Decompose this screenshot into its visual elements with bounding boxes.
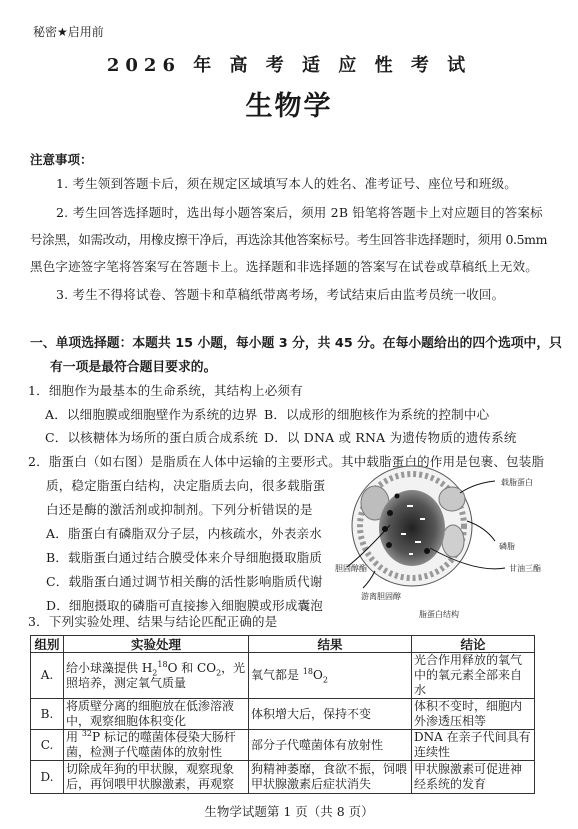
figure-caption: 脂蛋白结构 bbox=[419, 609, 459, 619]
row-result: 部分子代噬菌体有放射性 bbox=[249, 730, 412, 761]
exam-title: 2026 年 高 考 适 应 性 考 试 bbox=[0, 51, 578, 77]
q2-option-c: C．载脂蛋白通过调节相关酶的活性影响脂质代谢 bbox=[46, 572, 322, 590]
lipoprotein-diagram: 载脂蛋白 磷脂 甘油三酯 胆固醇酯 游离胆固醇 脂蛋白结构 bbox=[335, 463, 575, 623]
header-result: 结果 bbox=[249, 636, 412, 653]
notice-item-1: 1. 考生领到答题卡后，须在规定区域填写本人的姓名、准考证号、座位号和班级。 bbox=[56, 174, 517, 192]
notice-item-3: 3. 考生不得将试卷、答题卡和草稿纸带离考场，考试结束后由监考员统一收回。 bbox=[56, 285, 504, 303]
row-group: C. bbox=[31, 730, 64, 761]
label-free-cholesterol: 游离胆固醇 bbox=[361, 591, 401, 601]
page-footer: 生物学试题第 1 页（共 8 页） bbox=[0, 802, 578, 820]
row-treatment: 给小球藻提供 H218O 和 CO2，光照培养，测定氧气质量 bbox=[64, 653, 249, 699]
table-row: B. 将质壁分离的细胞放在低渗溶液中，观察细胞体积变化 体积增大后，保持不变 体… bbox=[31, 699, 535, 730]
confidential-label: 秘密★启用前 bbox=[33, 23, 104, 40]
row-result: 氧气都是 18O2 bbox=[249, 653, 412, 699]
q2-option-b: B．载脂蛋白通过结合膜受体来介导细胞摄取脂质 bbox=[46, 548, 322, 566]
header-group: 组别 bbox=[31, 636, 64, 653]
notice-item-2-cont2: 黑色字迹签字笔将答案写在答题卡上。选择题和非选择题的答案写在试卷或草稿纸上无效。 bbox=[30, 257, 538, 275]
header-treatment: 实验处理 bbox=[64, 636, 249, 653]
row-conclusion: 体积不变时，细胞内外渗透压相等 bbox=[412, 699, 535, 730]
question-2-stem-cont2: 白还是酶的激活剂或抑制剂。下列分析错误的是 bbox=[46, 500, 313, 518]
notice-item-2-cont: 号涂黑，如需改动，用橡皮擦干净后，再选涂其他答案标号。考生回答非选择题时，须用 … bbox=[30, 230, 547, 248]
section-heading-cont: 有一项是最符合题目要求的。 bbox=[50, 356, 216, 375]
label-triglyceride: 甘油三酯 bbox=[509, 563, 541, 573]
notice-heading: 注意事项： bbox=[30, 150, 93, 168]
row-conclusion: 光合作用释放的氧气中的氧元素全部来自水 bbox=[412, 653, 535, 699]
header-conclusion: 结论 bbox=[412, 636, 535, 653]
label-cholesteryl-ester: 胆固醇酯 bbox=[335, 563, 367, 573]
question-2-stem-cont: 质，稳定脂蛋白结构，决定脂质去向，很多载脂蛋 bbox=[46, 476, 325, 494]
q1-option-b: B．以成形的细胞核作为系统的控制中心 bbox=[264, 405, 489, 423]
table-header-row: 组别 实验处理 结果 结论 bbox=[31, 636, 535, 653]
q1-option-c: C．以核糖体为场所的蛋白质合成系统 bbox=[45, 428, 258, 446]
row-result: 体积增大后，保持不变 bbox=[249, 699, 412, 730]
table-row: A. 给小球藻提供 H218O 和 CO2，光照培养，测定氧气质量 氧气都是 1… bbox=[31, 653, 535, 699]
label-phospholipid: 磷脂 bbox=[499, 541, 515, 551]
row-group: B. bbox=[31, 699, 64, 730]
question-1-stem: 1．细胞作为最基本的生命系统，其结构上必须有 bbox=[28, 381, 303, 399]
experiment-table: 组别 实验处理 结果 结论 A. 给小球藻提供 H218O 和 CO2，光照培养… bbox=[30, 635, 535, 794]
label-apoprotein: 载脂蛋白 bbox=[501, 477, 533, 487]
section-heading: 一、单项选择题：本题共 15 小题，每小题 3 分，共 45 分。在每小题给出的… bbox=[30, 332, 562, 351]
row-conclusion: 甲状腺激素可促进神经系统的发育 bbox=[412, 761, 535, 794]
row-result: 狗精神萎靡，食欲不振，饲喂甲状腺激素后症状消失 bbox=[249, 761, 412, 794]
lipoprotein-figure: 载脂蛋白 磷脂 甘油三酯 胆固醇酯 游离胆固醇 脂蛋白结构 bbox=[335, 463, 575, 623]
row-treatment: 用 32P 标记的噬菌体侵染大肠杆菌，检测子代噬菌体的放射性 bbox=[64, 730, 249, 761]
row-treatment: 将质壁分离的细胞放在低渗溶液中，观察细胞体积变化 bbox=[64, 699, 249, 730]
row-treatment: 切除成年狗的甲状腺，观察现象后，再饲喂甲状腺激素，再观察 bbox=[64, 761, 249, 794]
row-conclusion: DNA 在亲子代间具有连续性 bbox=[412, 730, 535, 761]
table-row: D. 切除成年狗的甲状腺，观察现象后，再饲喂甲状腺激素，再观察 狗精神萎靡，食欲… bbox=[31, 761, 535, 794]
q1-option-d: D．以 DNA 或 RNA 为遗传物质的遗传系统 bbox=[264, 428, 517, 446]
notice-item-2: 2. 考生回答选择题时，选出每小题答案后，须用 2B 铅笔将答题卡上对应题目的答… bbox=[56, 203, 543, 221]
row-group: A. bbox=[31, 653, 64, 699]
q1-option-a: A．以细胞膜或细胞壁作为系统的边界 bbox=[45, 405, 257, 423]
question-3-stem: 3．下列实验处理、结果与结论匹配正确的是 bbox=[28, 612, 277, 630]
table-row: C. 用 32P 标记的噬菌体侵染大肠杆菌，检测子代噬菌体的放射性 部分子代噬菌… bbox=[31, 730, 535, 761]
subject-title: 生物学 bbox=[0, 84, 578, 123]
row-group: D. bbox=[31, 761, 64, 794]
q2-option-a: A．脂蛋白有磷脂双分子层，内核疏水，外表亲水 bbox=[46, 524, 322, 542]
